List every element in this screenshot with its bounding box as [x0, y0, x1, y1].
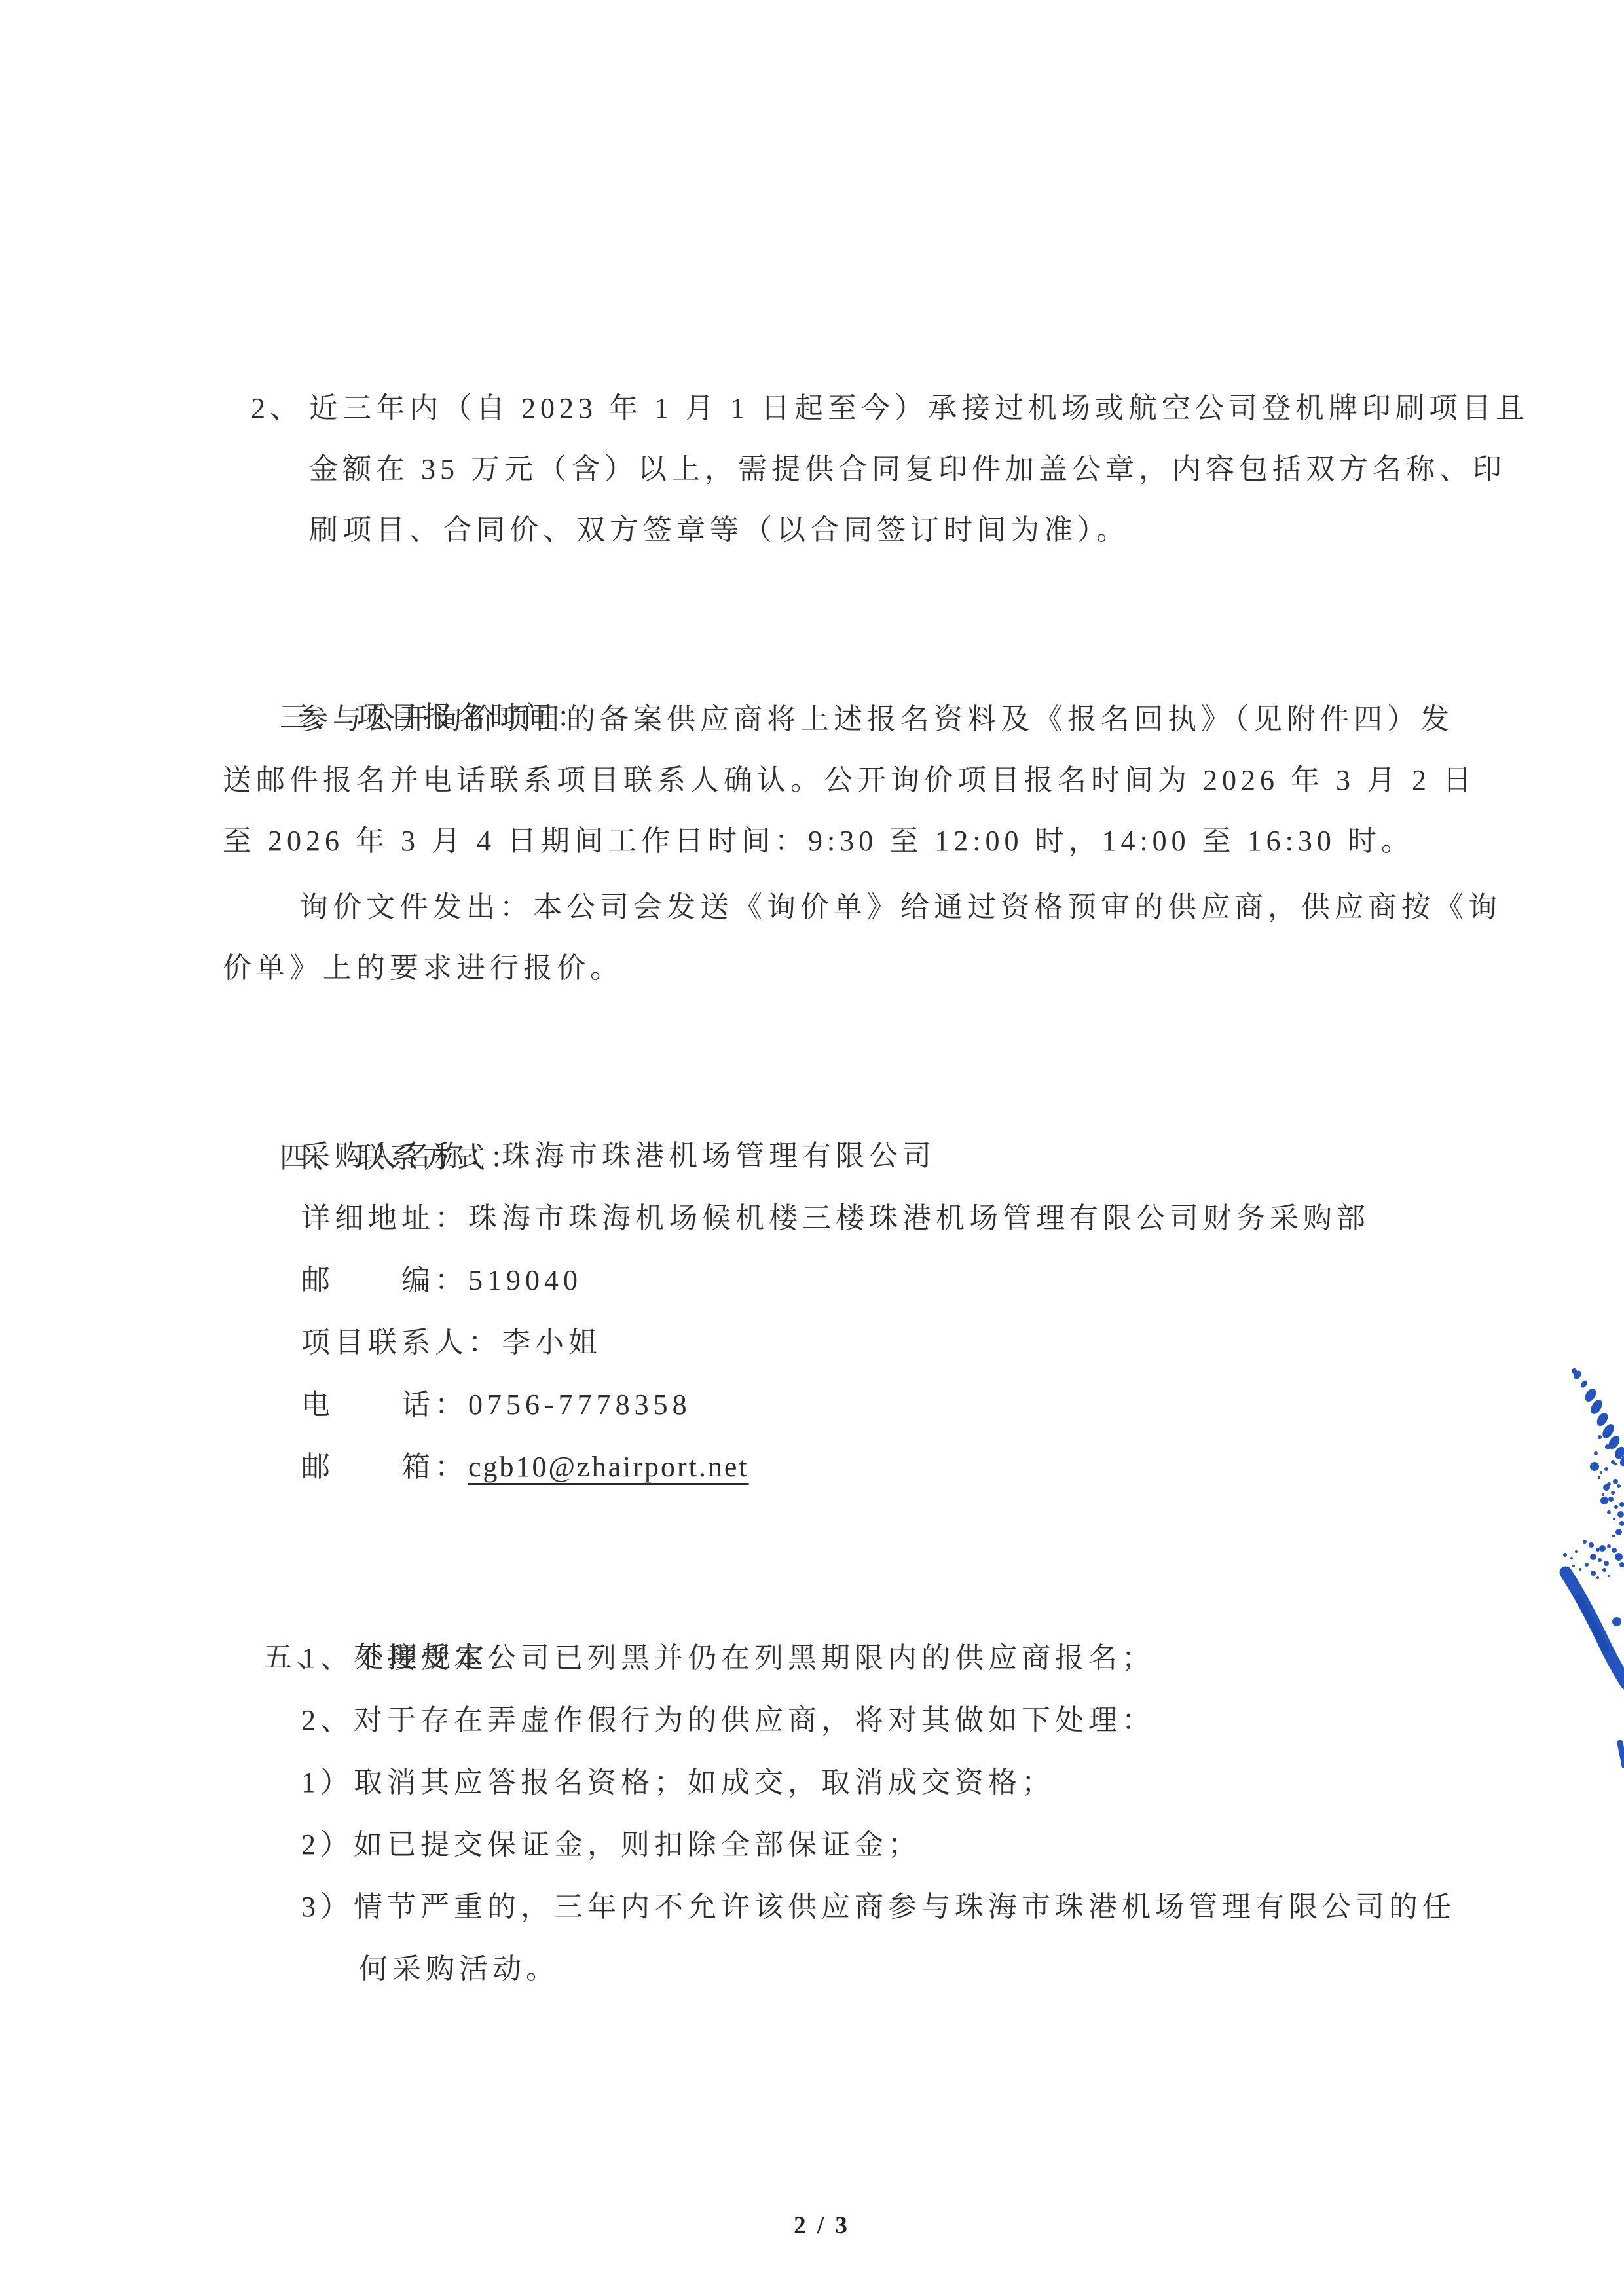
- page-number: 2 / 3: [0, 2212, 1624, 2240]
- paragraph-line: 价单》上的要求进行报价。: [223, 938, 1506, 998]
- list-item: 3）情节严重的，三年内不允许该供应商参与珠海市珠港机场管理有限公司的任: [223, 1876, 1506, 1938]
- list-item: 2、对于存在弄虚作假行为的供应商，将对其做如下处理：: [223, 1689, 1506, 1751]
- list-item: 2）如已提交保证金，则扣除全部保证金；: [223, 1813, 1506, 1876]
- document-page: 2、 近三年内（自 2023 年 1 月 1 日起至今）承接过机场或航空公司登机…: [0, 0, 1624, 2296]
- contact-line-phone: 电 话：0756-7778358: [223, 1374, 1506, 1436]
- list-item: 1、不接受本公司已列黑并仍在列黑期限内的供应商报名；: [223, 1627, 1506, 1689]
- list-item: 1）取消其应答报名资格；如成交，取消成交资格；: [223, 1751, 1506, 1813]
- paragraph-line: 询价文件发出：本公司会发送《询价单》给通过资格预审的供应商，供应商按《询: [223, 877, 1506, 938]
- paragraph-line: 送邮件报名并电话联系项目联系人确认。公开询价项目报名时间为 2026 年 3 月…: [223, 750, 1506, 811]
- email-address: cgb10@zhairport.net: [468, 1451, 749, 1483]
- section-5-items: 1、不接受本公司已列黑并仍在列黑期限内的供应商报名； 2、对于存在弄虚作假行为的…: [223, 1627, 1506, 2000]
- contact-line-person: 项目联系人：李小姐: [223, 1311, 1506, 1374]
- paragraph-line: 刷项目、合同价、双方签章等（以合同签订时间为准）。: [223, 500, 1506, 560]
- contact-line-postcode: 邮 编：519040: [223, 1249, 1506, 1311]
- contact-info-block: 采购人名称：珠海市珠港机场管理有限公司 详细地址：珠海市珠海机场候机楼三楼珠港机…: [223, 1125, 1506, 1498]
- contact-line-purchaser: 采购人名称：珠海市珠港机场管理有限公司: [223, 1125, 1506, 1187]
- paragraph-line: 金额在 35 万元（含）以上，需提供合同复印件加盖公章，内容包括双方名称、印: [223, 439, 1506, 500]
- blue-ink-smudge: [1500, 1342, 1624, 1768]
- contact-line-address: 详细地址：珠海市珠海机场候机楼三楼珠港机场管理有限公司财务采购部: [223, 1187, 1506, 1249]
- section-3-paragraph-1: 参与公开询价项目的备案供应商将上述报名资料及《报名回执》（见附件四）发 送邮件报…: [223, 689, 1506, 871]
- list-item-continuation: 何采购活动。: [223, 1938, 1506, 2000]
- paragraph-line: 参与公开询价项目的备案供应商将上述报名资料及《报名回执》（见附件四）发: [223, 689, 1506, 750]
- section-3-paragraph-2: 询价文件发出：本公司会发送《询价单》给通过资格预审的供应商，供应商按《询 价单》…: [223, 877, 1506, 998]
- paragraph-line: 近三年内（自 2023 年 1 月 1 日起至今）承接过机场或航空公司登机牌印刷…: [223, 378, 1506, 439]
- email-label: 邮 箱：: [301, 1451, 468, 1483]
- item-2-paragraph: 2、 近三年内（自 2023 年 1 月 1 日起至今）承接过机场或航空公司登机…: [223, 378, 1506, 560]
- contact-line-email: 邮 箱：cgb10@zhairport.net: [223, 1436, 1506, 1498]
- paragraph-line: 至 2026 年 3 月 4 日期间工作日时间：9:30 至 12:00 时，1…: [223, 811, 1506, 871]
- list-marker: 2、: [251, 378, 303, 439]
